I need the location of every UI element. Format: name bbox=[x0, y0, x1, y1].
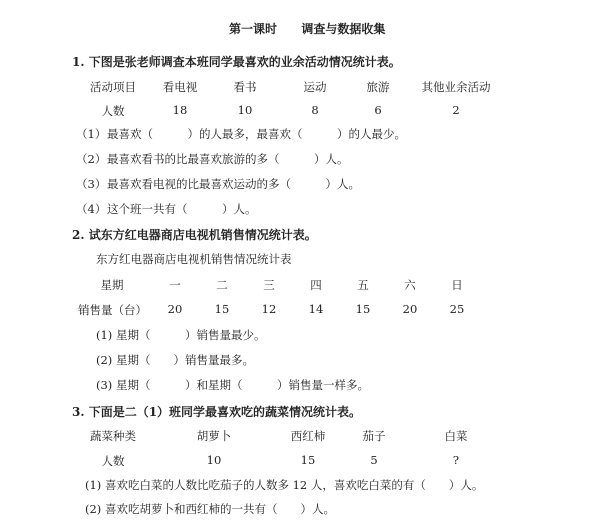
q1-subquestion-2: （2）最喜欢看书的比最喜欢旅游的多（ ）人。 bbox=[76, 151, 349, 167]
q3-header-cell: 西红柿 bbox=[291, 428, 326, 444]
lesson-topic: 调查与数据收集 bbox=[301, 22, 385, 36]
q3-value-cell: 5 bbox=[370, 453, 377, 467]
q1-value-cell: 8 bbox=[311, 103, 318, 117]
q2-header-cell: 五 bbox=[357, 277, 369, 293]
q2-value-cell: 14 bbox=[309, 302, 324, 316]
q2-subquestion-2: (2) 星期（ ）销售量最多。 bbox=[96, 352, 254, 368]
q1-subquestion-4: （4）这个班一共有（ ）人。 bbox=[76, 201, 257, 217]
q2-table-caption: 东方红电器商店电视机销售情况统计表 bbox=[96, 251, 292, 267]
q3-subquestion-1: (1) 喜欢吃白菜的人数比吃茄子的人数多 12 人，喜欢吃白菜的有（ ）人。 bbox=[85, 477, 483, 493]
q1-header-cell: 活动项目 bbox=[90, 79, 136, 95]
q1-header-cell: 看书 bbox=[234, 79, 257, 95]
q1-header-cell: 其他业余活动 bbox=[422, 79, 491, 95]
q2-header-cell: 四 bbox=[310, 277, 322, 293]
q1-value-cell: 10 bbox=[238, 103, 253, 117]
q2-header-cell: 三 bbox=[263, 277, 275, 293]
q1-subquestion-3: （3）最喜欢看电视的比最喜欢运动的多（ ）人。 bbox=[76, 176, 360, 192]
q1-value-cell: 2 bbox=[452, 103, 459, 117]
q3-value-cell: ? bbox=[453, 453, 459, 467]
q3-header-cell: 茄子 bbox=[363, 428, 386, 444]
q1-value-cell: 6 bbox=[374, 103, 381, 117]
q2-subquestion-1: (1) 星期（ ）销售量最少。 bbox=[96, 327, 265, 343]
q1-value-cell: 18 bbox=[173, 103, 188, 117]
q2-value-cell: 12 bbox=[262, 302, 277, 316]
q1-header-cell: 旅游 bbox=[367, 79, 390, 95]
q2-header-cell: 二 bbox=[216, 277, 228, 293]
q2-header-cell: 日 bbox=[451, 277, 463, 293]
q2-row-label: 销售量（台） bbox=[78, 302, 147, 318]
q1-header-cell: 运动 bbox=[304, 79, 327, 95]
q2-value-cell: 25 bbox=[450, 302, 465, 316]
q2-value-cell: 15 bbox=[215, 302, 230, 316]
q2-header-cell: 星期 bbox=[101, 277, 124, 293]
q1-subquestion-1: （1）最喜欢（ ）的人最多，最喜欢（ ）的人最少。 bbox=[76, 126, 406, 142]
q2-value-cell: 20 bbox=[168, 302, 183, 316]
q2-heading: 2. 试东方红电器商店电视机销售情况统计表。 bbox=[72, 226, 317, 243]
q1-row-label: 人数 bbox=[102, 103, 125, 119]
q3-header-cell: 白菜 bbox=[445, 428, 468, 444]
q3-value-cell: 10 bbox=[207, 453, 222, 467]
q3-value-cell: 15 bbox=[301, 453, 316, 467]
q3-row-label: 人数 bbox=[102, 453, 125, 469]
q1-header-cell: 看电视 bbox=[163, 79, 198, 95]
q2-header-cell: 一 bbox=[169, 277, 181, 293]
q3-heading: 3. 下面是二（1）班同学最喜欢吃的蔬菜情况统计表。 bbox=[72, 403, 361, 420]
lesson-number: 第一课时 bbox=[229, 22, 277, 36]
q2-subquestion-3: (3) 星期（ ）和星期（ ）销售量一样多。 bbox=[96, 377, 369, 393]
page-title: 第一课时 调查与数据收集 bbox=[229, 20, 385, 37]
q2-value-cell: 20 bbox=[403, 302, 418, 316]
q2-value-cell: 15 bbox=[356, 302, 371, 316]
q3-header-cell: 胡萝卜 bbox=[197, 428, 232, 444]
q1-heading: 1. 下图是张老师调查本班同学最喜欢的业余活动情况统计表。 bbox=[72, 53, 401, 70]
q2-header-cell: 六 bbox=[404, 277, 416, 293]
q3-subquestion-2: (2) 喜欢吃胡萝卜和西红柿的一共有（ ）人。 bbox=[85, 501, 335, 517]
q3-header-cell: 蔬菜种类 bbox=[90, 428, 136, 444]
